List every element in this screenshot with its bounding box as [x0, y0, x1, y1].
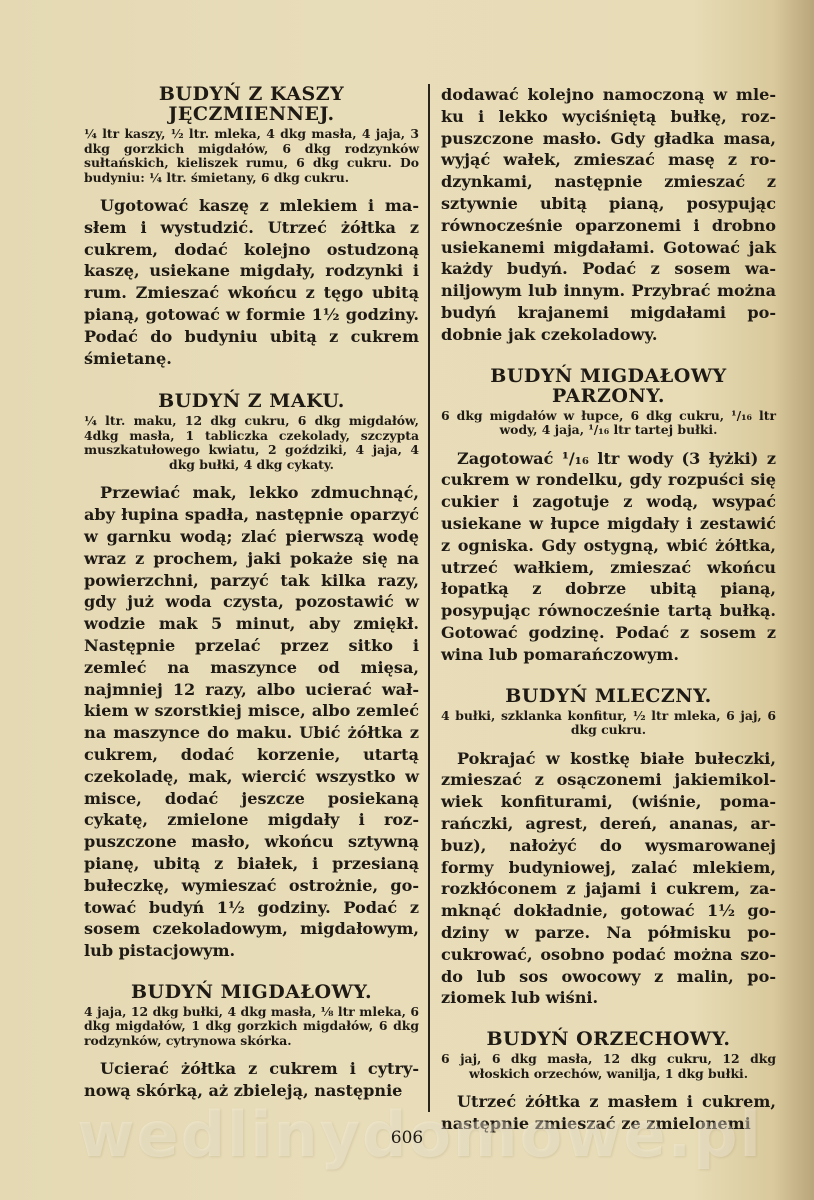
recipe-instructions: Przewiać mak, lekko zdmuchnąć, aby łupin… [84, 482, 419, 962]
recipe-ingredients: 4 jaja, 12 dkg bułki, 4 dkg masła, ⅛ ltr… [84, 1005, 419, 1049]
right-column: dodawać kolejno namoczoną w mle­ku i lek… [441, 84, 776, 1135]
recipe-ingredients: 6 dkg migdałów w łupce, 6 dkg cukru, ¹/₁… [441, 409, 776, 438]
recipe-ingredients: 6 jaj, 6 dkg masła, 12 dkg cukru, 12 dkg… [441, 1052, 776, 1081]
book-page: BUDYŃ Z KASZY JĘCZMIENNEJ. ¼ ltr kaszy, … [0, 0, 814, 1200]
recipe-title: BUDYŃ MLECZNY. [441, 686, 776, 706]
recipe-budyn-z-maku: BUDYŃ Z MAKU. ¼ ltr. maku, 12 dkg cukru,… [84, 391, 419, 962]
recipe-budyn-orzechowy: BUDYŃ ORZECHOWY. 6 jaj, 6 dkg masła, 12 … [441, 1029, 776, 1135]
recipe-budyn-migdalowy-parzony: BUDYŃ MIGDAŁOWY PARZONY. 6 dkg migdałów … [441, 366, 776, 666]
column-divider [428, 84, 430, 1112]
recipe-budyn-migdalowy: BUDYŃ MIGDAŁOWY. 4 jaja, 12 dkg bułki, 4… [84, 982, 419, 1102]
recipe-ingredients: ¼ ltr. maku, 12 dkg cukru, 6 dkg migdałó… [84, 414, 419, 472]
recipe-ingredients: ¼ ltr kaszy, ½ ltr. mleka, 4 dkg masła, … [84, 127, 419, 185]
recipe-title: BUDYŃ MIGDAŁOWY. [84, 982, 419, 1002]
recipe-instructions: Ugotować kaszę z mlekiem i ma­słem i wys… [84, 195, 419, 369]
recipe-continuation: dodawać kolejno namoczoną w mle­ku i lek… [441, 84, 776, 346]
page-number: 606 [0, 1128, 814, 1148]
recipe-title: BUDYŃ ORZECHOWY. [441, 1029, 776, 1049]
recipe-instructions-continued: dodawać kolejno namoczoną w mle­ku i lek… [441, 84, 776, 346]
recipe-instructions: Pokrajać w kostkę białe bułeczki, zmiesz… [441, 748, 776, 1010]
left-column: BUDYŃ Z KASZY JĘCZMIENNEJ. ¼ ltr kaszy, … [84, 84, 419, 1102]
recipe-instructions: Ucierać żółtka z cukrem i cytry­nową skó… [84, 1058, 419, 1102]
recipe-title: BUDYŃ Z KASZY JĘCZMIENNEJ. [84, 84, 419, 124]
recipe-title: BUDYŃ MIGDAŁOWY PARZONY. [441, 366, 776, 406]
recipe-budyn-mleczny: BUDYŃ MLECZNY. 4 bułki, szklanka konfitu… [441, 686, 776, 1010]
recipe-title: BUDYŃ Z MAKU. [84, 391, 419, 411]
recipe-instructions: Zagotować ¹/₁₆ ltr wody (3 łyżki) z cukr… [441, 448, 776, 666]
recipe-ingredients: 4 bułki, szklanka konfitur, ½ ltr mleka,… [441, 709, 776, 738]
recipe-budyn-z-kaszy: BUDYŃ Z KASZY JĘCZMIENNEJ. ¼ ltr kaszy, … [84, 84, 419, 369]
